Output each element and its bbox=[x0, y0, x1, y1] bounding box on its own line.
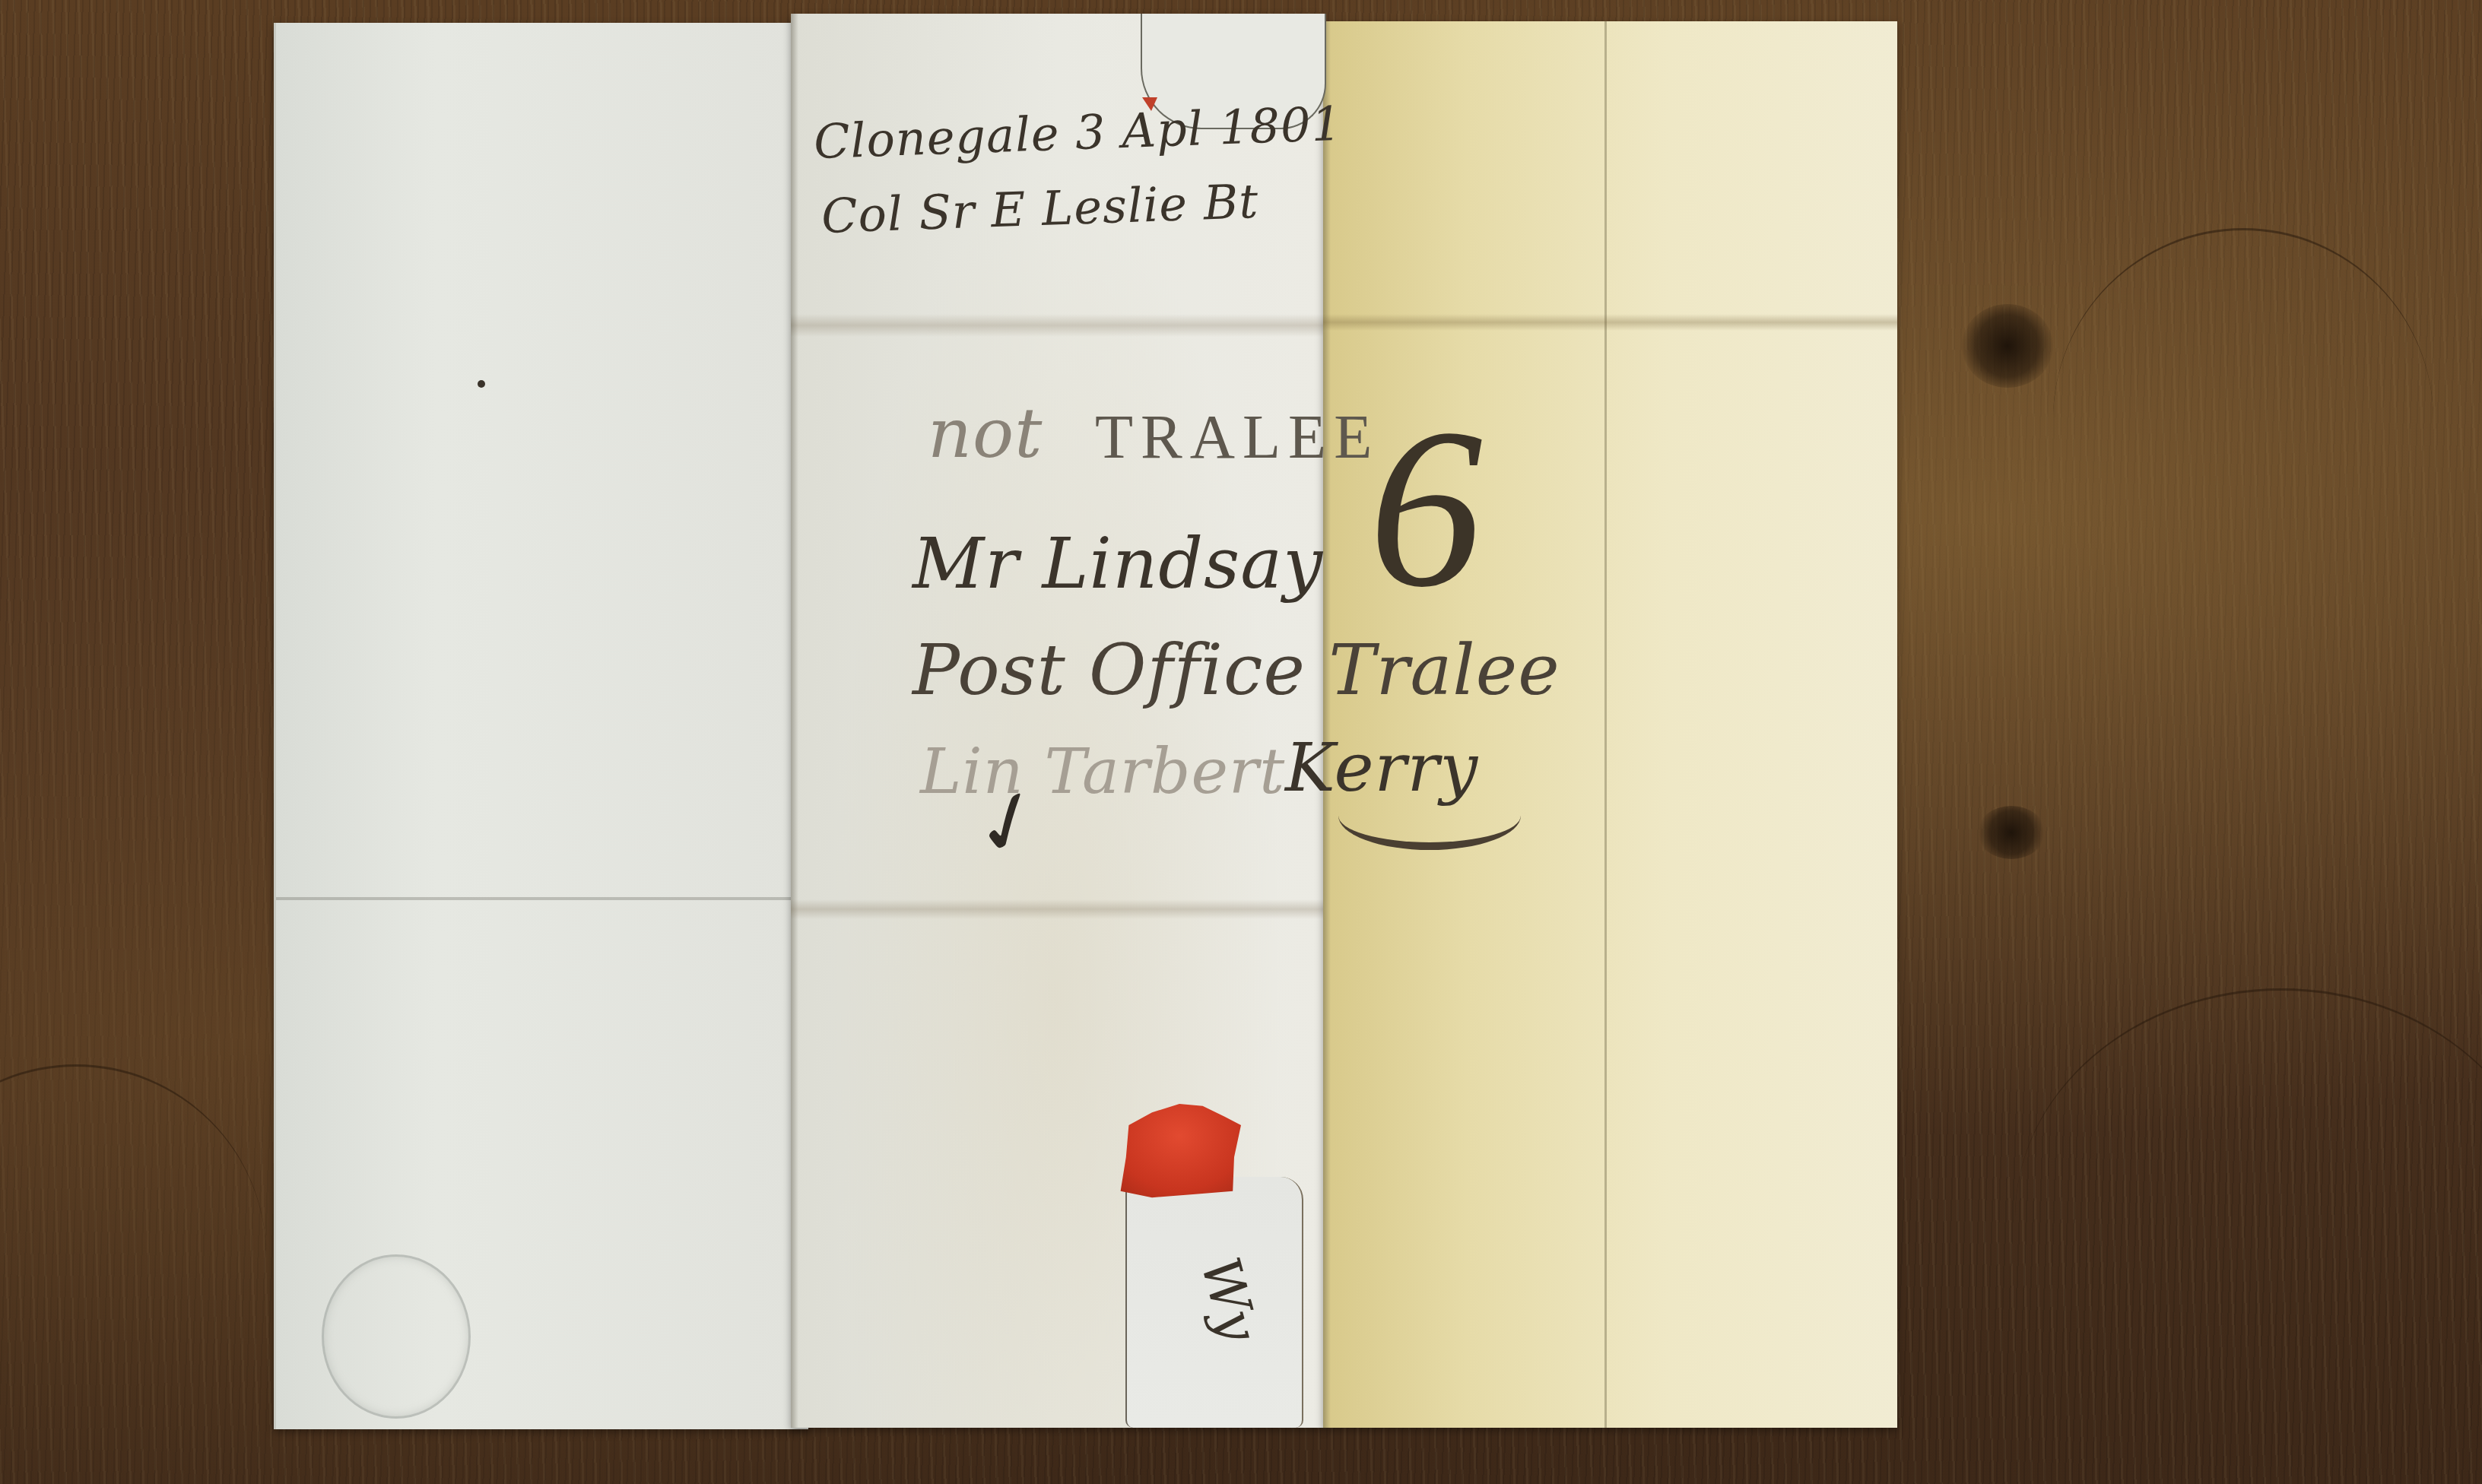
seal-paper-flap: Wy bbox=[1125, 1177, 1303, 1428]
address-post-office: Post Office Tralee bbox=[912, 629, 1560, 711]
address-flourish bbox=[1338, 782, 1521, 850]
wood-grain-arc bbox=[0, 1064, 266, 1447]
wood-knot bbox=[1977, 806, 2046, 859]
postal-town-stamp: TRALEE bbox=[1095, 401, 1379, 473]
address-recipient: Mr Lindsay bbox=[912, 523, 1323, 604]
fold-crease bbox=[791, 14, 798, 1428]
postage-rate-numeral: 6 bbox=[1369, 394, 1483, 622]
wood-grain-arc bbox=[2015, 988, 2482, 1447]
ink-spot bbox=[478, 380, 485, 388]
fold-crease bbox=[1323, 21, 1331, 1428]
letter-panel-left bbox=[274, 23, 808, 1429]
letter-panel-right bbox=[1323, 21, 1897, 1428]
postal-note-handwritten: not bbox=[928, 394, 1043, 474]
wood-grain-arc bbox=[2053, 228, 2433, 610]
wood-knot bbox=[1962, 304, 2053, 388]
embossed-paper-stamp bbox=[322, 1254, 471, 1419]
seal-flap-handwriting: Wy bbox=[1189, 1251, 1271, 1347]
folded-letter: Clonegale 3 Apl 1801 Col Sr E Leslie Bt … bbox=[274, 14, 1897, 1439]
